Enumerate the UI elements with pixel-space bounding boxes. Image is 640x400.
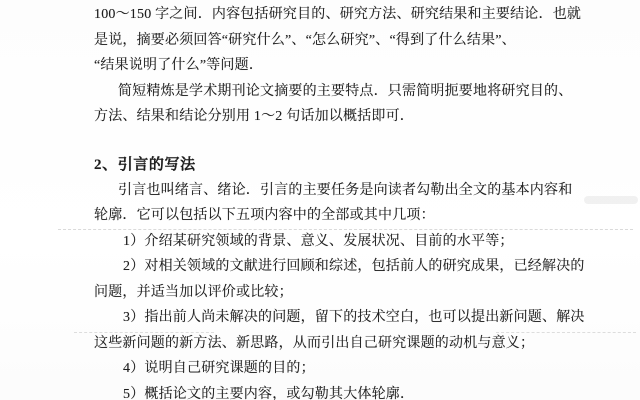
scan-artifact-line <box>496 332 636 333</box>
text-line: 100～150 字之间．内容包括研究目的、研究方法、研究结果和主要结论．也就 <box>94 2 554 28</box>
text-line: 简短精炼是学术期刊论文摘要的主要特点．只需简明扼要地将研究目的、 <box>94 79 554 105</box>
text-line: 是说，摘要必须回答“研究什么”、“怎么研究”、“得到了什么结果”、 <box>94 28 554 54</box>
text-line: “结果说明了什么”等问题． <box>94 53 554 79</box>
list-item-line: 2）对相关领域的文献进行回顾和综述，包括前人的研究成果，已经解决的 <box>94 254 554 280</box>
list-item-line: 1）介绍某研究领域的背景、意义、发展状况、目前的水平等； <box>94 229 554 255</box>
scan-artifact-line <box>58 229 633 230</box>
scan-smudge <box>584 196 638 204</box>
list-item-line: 4）说明自己研究课题的目的； <box>94 356 554 382</box>
list-item-line: 这些新问题的新方法、新思路，从而引出自己研究课题的动机与意义； <box>94 331 554 357</box>
document-page: 100～150 字之间．内容包括研究目的、研究方法、研究结果和主要结论．也就 是… <box>0 0 640 400</box>
list-item-line: 问题，并适当加以评价或比较； <box>94 280 554 306</box>
text-line: 引言也叫绪言、绪论．引言的主要任务是向读者勾勒出全文的基本内容和 <box>94 178 554 204</box>
text-line: 方法、结果和结论分别用 1～2 句话加以概括即可． <box>94 104 554 130</box>
list-item-line: 5）概括论文的主要内容，或勾勒其大体轮廓． <box>94 382 554 400</box>
list-item-line: 3）指出前人尚未解决的问题，留下的技术空白，也可以提出新问题、解决 <box>94 305 554 331</box>
page-content: 100～150 字之间．内容包括研究目的、研究方法、研究结果和主要结论．也就 是… <box>94 2 554 400</box>
section-heading: 2、引言的写法 <box>94 152 554 178</box>
scan-artifact-line <box>74 332 214 333</box>
text-line: 轮廓．它可以包括以下五项内容中的全部或其中几项： <box>94 203 554 229</box>
